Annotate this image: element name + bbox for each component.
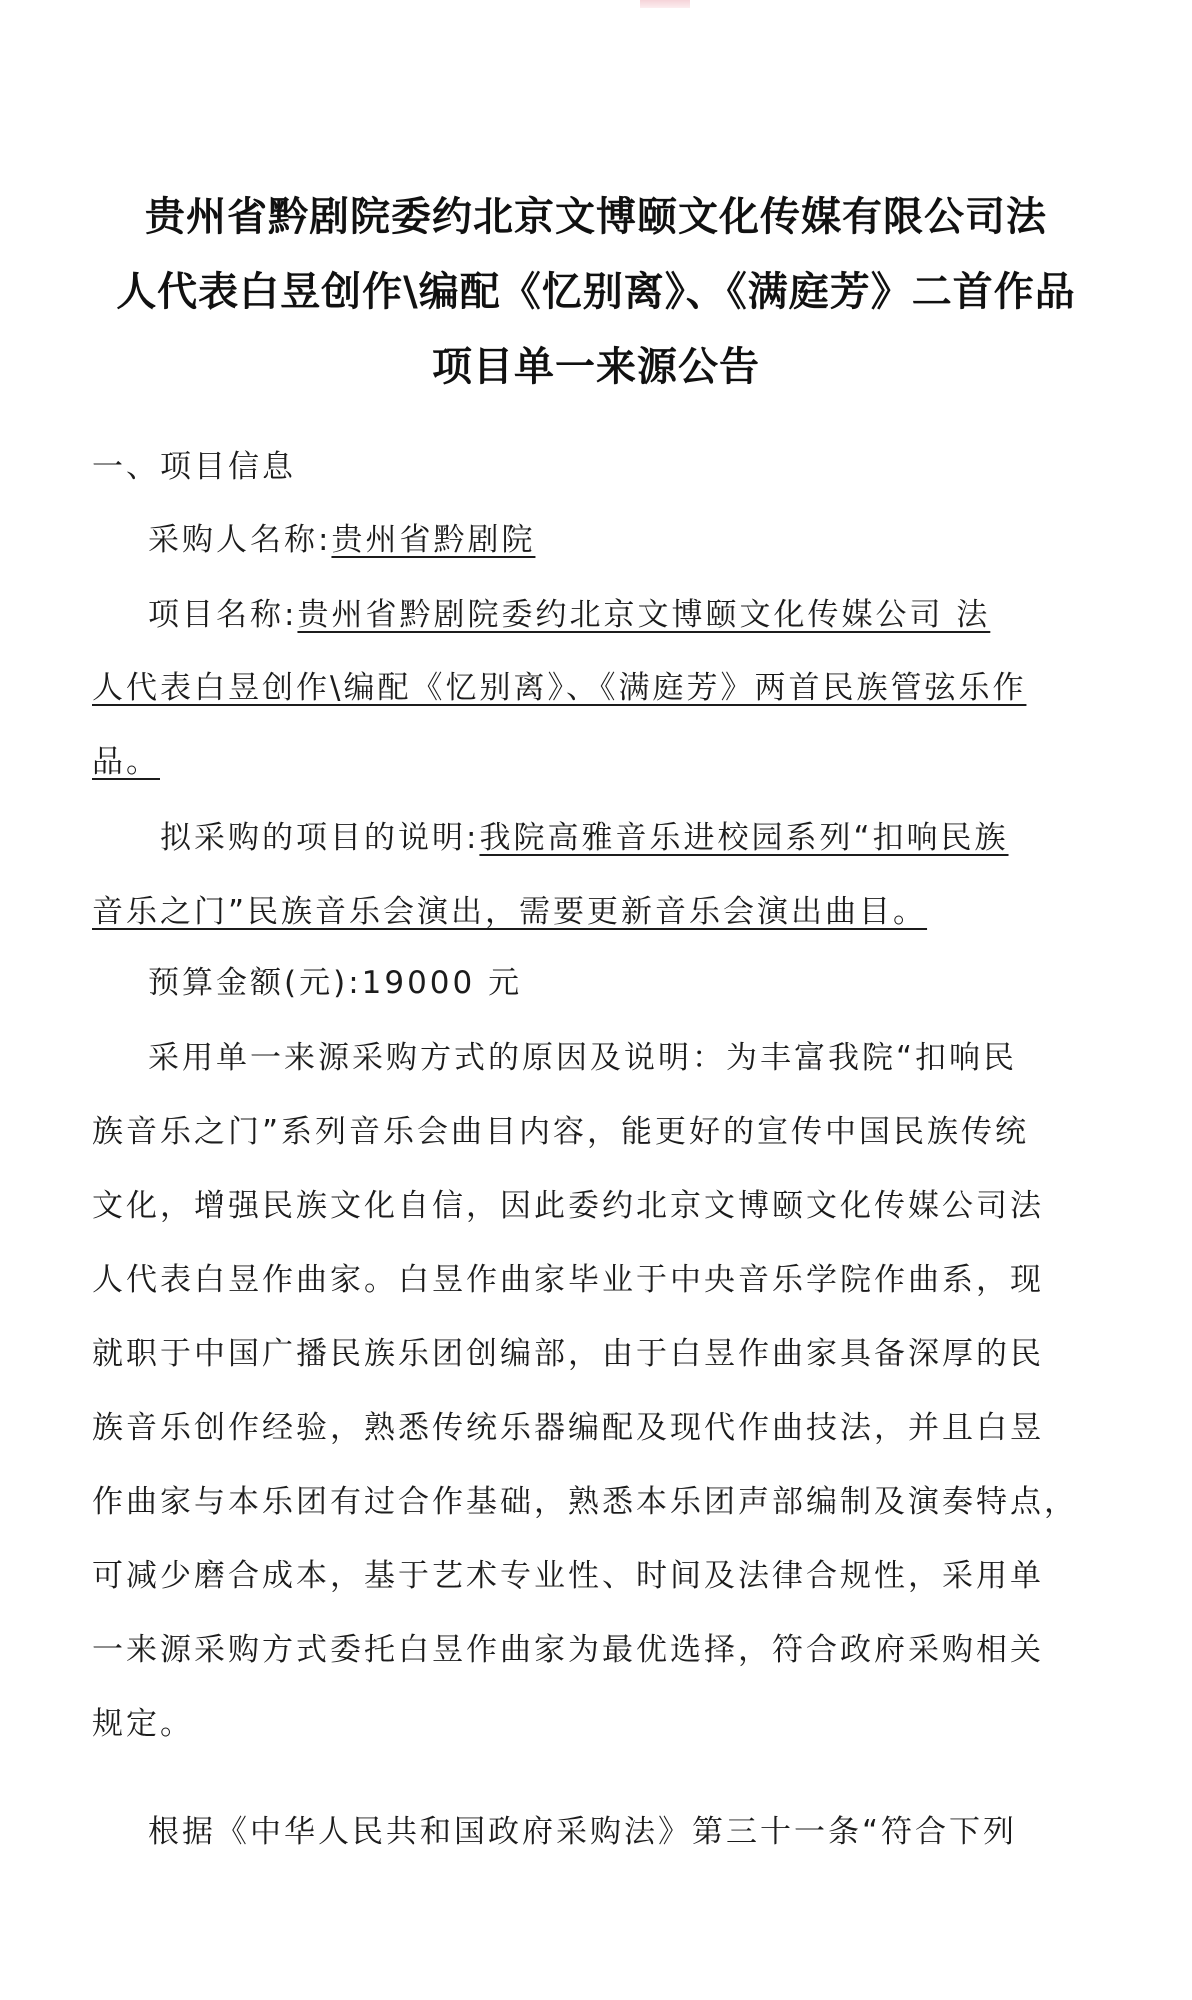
document-title-line-1: 贵州省黔剧院委约北京文博颐文化传媒有限公司法 xyxy=(0,185,1192,242)
budget-label: 预算金额(元): xyxy=(148,965,362,1001)
section-heading: 一、项目信息 xyxy=(92,447,296,487)
legal-basis-line: 根据《中华人民共和国政府采购法》第三十一条“符合下列 xyxy=(148,1812,1017,1852)
reason-line-10: 规定。 xyxy=(92,1704,194,1744)
project-name-row: 项目名称:贵州省黔剧院委约北京文博颐文化传媒公司 法 xyxy=(148,595,990,635)
reason-line-8: 可减少磨合成本，基于艺术专业性、时间及法律合规性，采用单 xyxy=(92,1556,1044,1596)
reason-line-3: 文化，增强民族文化自信，因此委约北京文博颐文化传媒公司法 xyxy=(92,1186,1044,1226)
reason-line-6: 族音乐创作经验，熟悉传统乐器编配及现代作曲技法，并且白昱 xyxy=(92,1408,1044,1448)
purchaser-value: 贵州省黔剧院 xyxy=(331,522,535,558)
document-title-line-2: 人代表白昱创作\编配《忆别离》、《满庭芳》二首作品 xyxy=(0,260,1192,317)
project-description-row: 拟采购的项目的说明:我院高雅音乐进校园系列“扣响民族 xyxy=(160,818,1009,858)
purchaser-row: 采购人名称:贵州省黔剧院 xyxy=(148,520,535,560)
project-name-label: 项目名称: xyxy=(148,597,297,633)
budget-value: 19000 元 xyxy=(362,965,522,1001)
project-name-value-line-2: 人代表白昱创作\编配《忆别离》、《满庭芳》两首民族管弦乐作 xyxy=(92,668,1026,708)
project-description-label: 拟采购的项目的说明: xyxy=(160,820,479,856)
purchaser-label: 采购人名称: xyxy=(148,522,331,558)
reason-line-9: 一来源采购方式委托白昱作曲家为最优选择，符合政府采购相关 xyxy=(92,1630,1044,1670)
reason-line-2: 族音乐之门”系列音乐会曲目内容，能更好的宣传中国民族传统 xyxy=(92,1112,1029,1152)
project-description-value-line-2: 音乐之门”民族音乐会演出，需要更新音乐会演出曲目。 xyxy=(92,892,927,932)
budget-row: 预算金额(元):19000 元 xyxy=(148,963,522,1003)
reason-line-7: 作曲家与本乐团有过合作基础，熟悉本乐团声部编制及演奏特点， xyxy=(92,1482,1078,1522)
red-stamp-edge xyxy=(640,0,690,8)
reason-line-5: 就职于中国广播民族乐团创编部，由于白昱作曲家具备深厚的民 xyxy=(92,1334,1044,1374)
project-name-value-line-1: 贵州省黔剧院委约北京文博颐文化传媒公司 法 xyxy=(297,597,990,633)
project-description-value-line-1: 我院高雅音乐进校园系列“扣响民族 xyxy=(479,820,1008,856)
reason-line-1: 采用单一来源采购方式的原因及说明：为丰富我院“扣响民 xyxy=(148,1038,1017,1078)
document-title-line-3: 项目单一来源公告 xyxy=(0,335,1192,392)
reason-line-4: 人代表白昱作曲家。白昱作曲家毕业于中央音乐学院作曲系，现 xyxy=(92,1260,1044,1300)
project-name-value-line-3: 品。 xyxy=(92,742,160,782)
